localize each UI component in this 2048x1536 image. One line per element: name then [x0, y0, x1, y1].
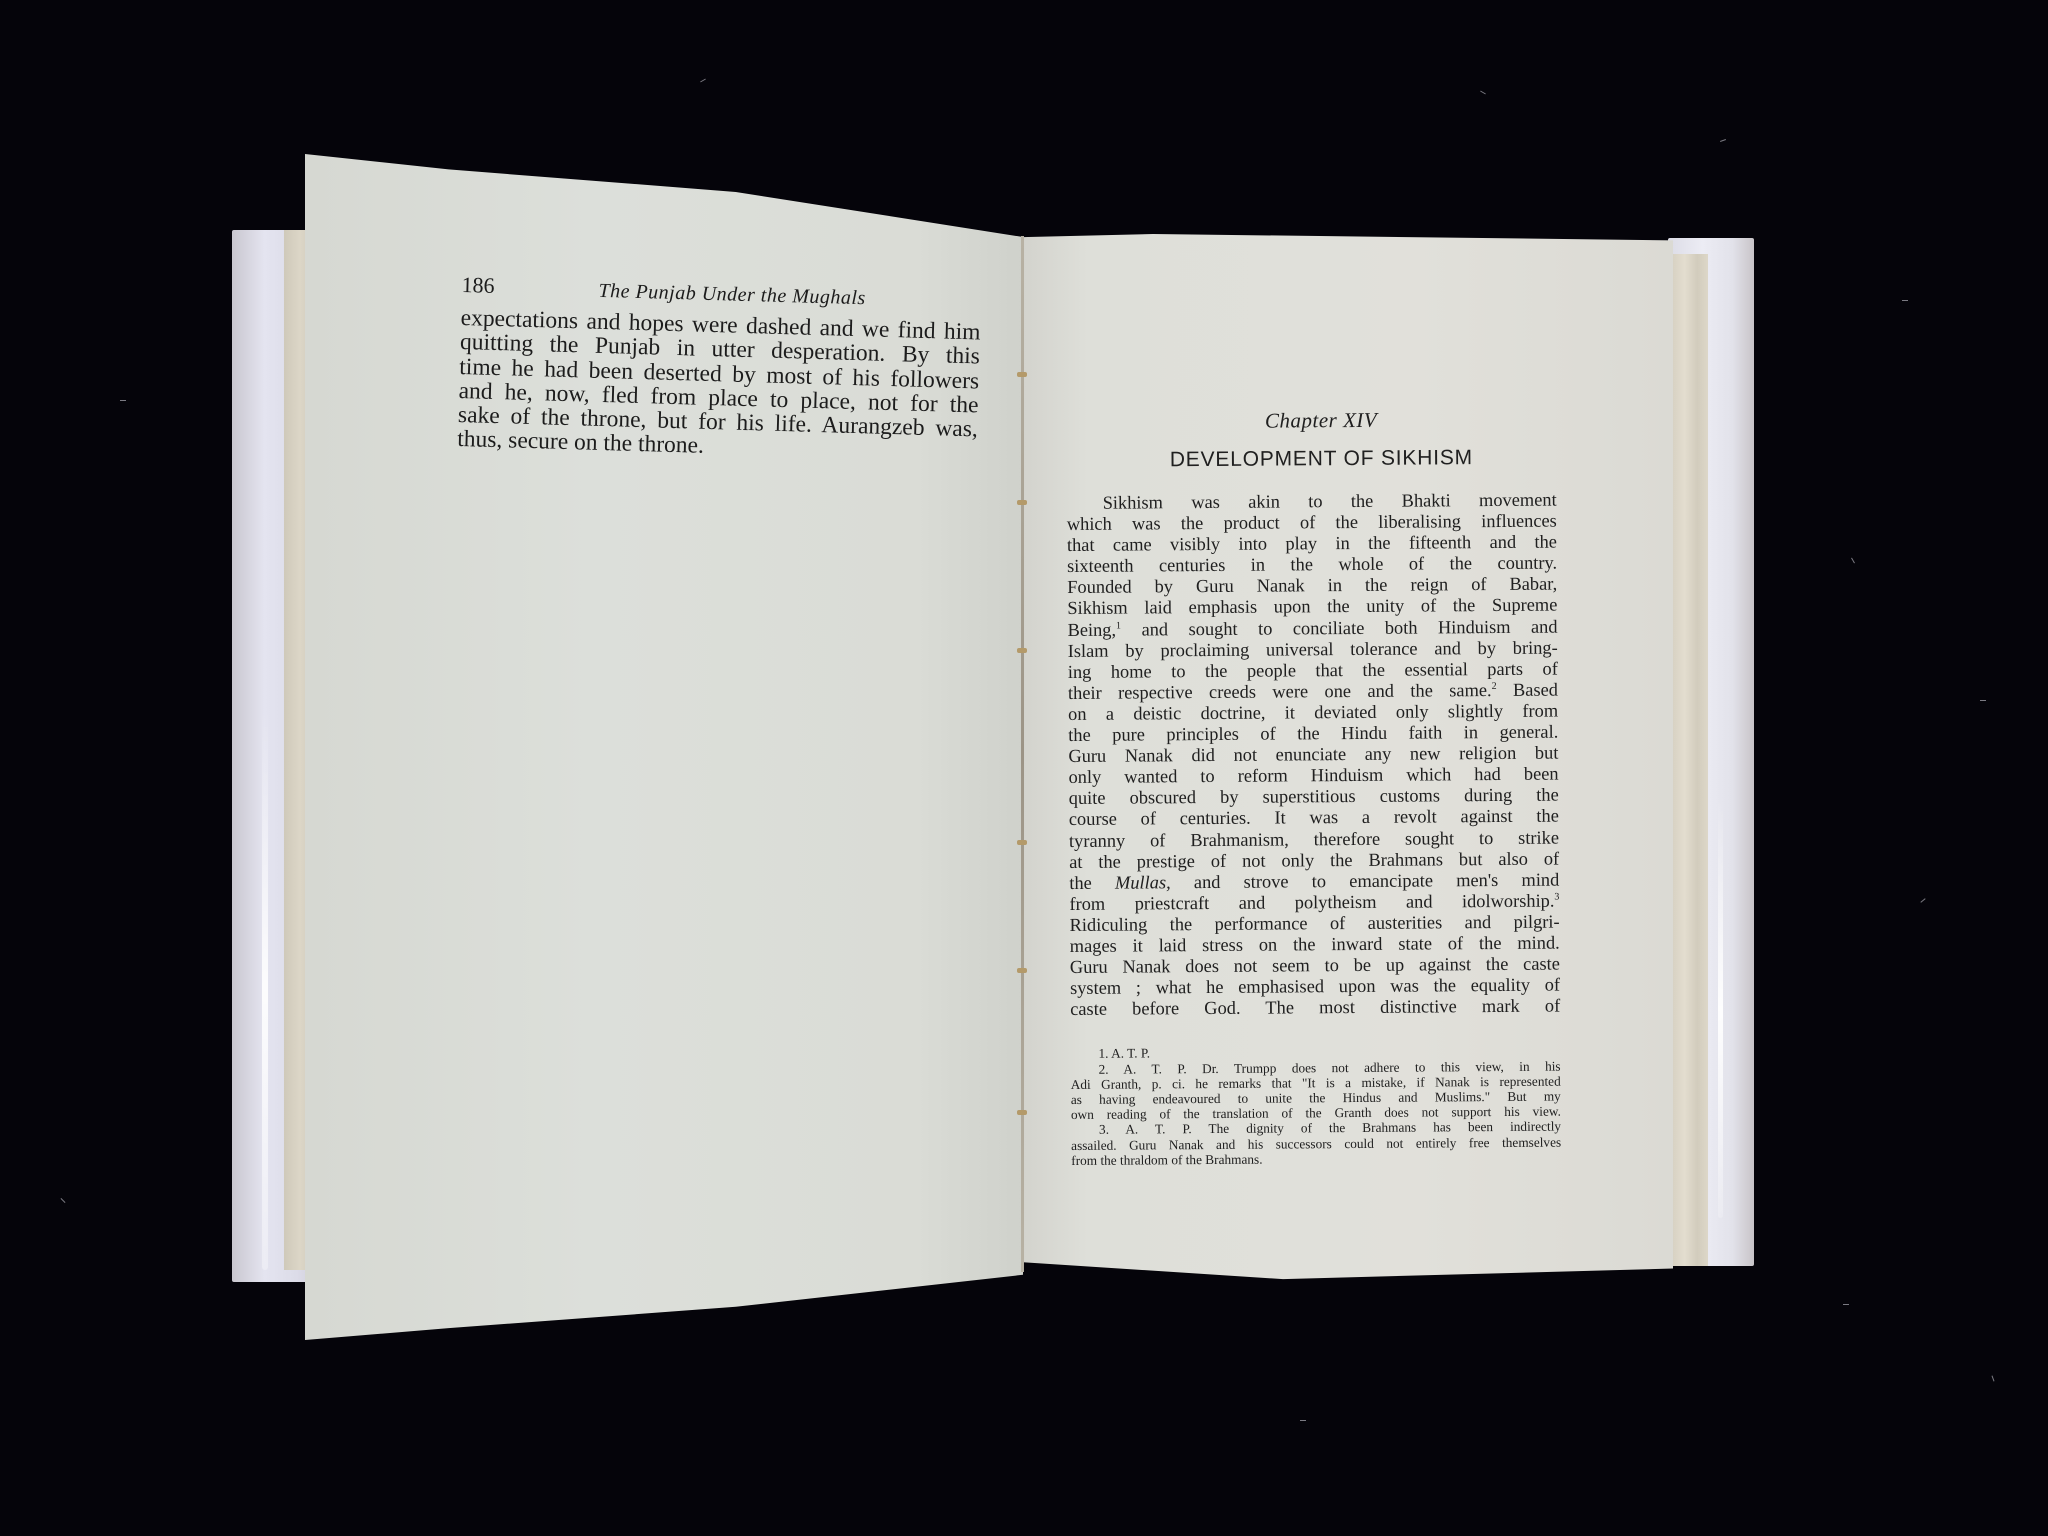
footnote-ref: 2	[1492, 681, 1497, 692]
italic-term: Mullas,	[1115, 872, 1171, 892]
text-line: Islam by proclaiming universal tolerance…	[1068, 637, 1558, 662]
text-line: Being,1 and sought to conciliate both Hi…	[1067, 616, 1557, 641]
left-page-content: 186 The Punjab Under the Mughals expecta…	[457, 272, 982, 466]
binding-stitch	[1017, 648, 1027, 653]
text-fragment: Based	[1513, 679, 1558, 699]
body-text: expectations and hopes were dashed and w…	[457, 306, 981, 466]
text-fragment: the	[1069, 873, 1092, 893]
binding-stitch	[1017, 500, 1027, 505]
book-gutter	[1021, 236, 1024, 1272]
body-text: Sikhism was akin to the Bhakti movement …	[1067, 490, 1561, 1021]
binding-stitch	[1017, 372, 1027, 377]
text-fragment: from priestcraft and polytheism and idol…	[1069, 890, 1554, 913]
text-fragment: Being,	[1067, 619, 1116, 639]
footnotes: 1. A. T. P. 2. A. T. P. Dr. Trumpp does …	[1070, 1043, 1561, 1168]
text-fragment: and strove to emancipate men's mind	[1194, 869, 1560, 892]
binding-stitch	[1017, 840, 1027, 845]
binding-stitch	[1017, 968, 1027, 973]
chapter-title: DEVELOPMENT OF SIKHISM	[1066, 446, 1556, 473]
footnote-ref: 1	[1116, 620, 1121, 631]
text-line: caste before God. The most distinctive m…	[1070, 996, 1560, 1021]
running-title: The Punjab Under the Mughals	[598, 280, 866, 310]
text-fragment: their respective creeds were one and the…	[1068, 680, 1492, 703]
page-number: 186	[461, 272, 495, 299]
text-line: tyranny of Brahmanism, therefore sought …	[1069, 827, 1559, 852]
right-page-content: Chapter XIV DEVELOPMENT OF SIKHISM Sikhi…	[1066, 407, 1561, 1168]
text-fragment: and sought to conciliate both Hinduism a…	[1141, 616, 1557, 639]
text-line: course of centuries. It was a revolt aga…	[1069, 806, 1559, 831]
binding-stitch	[1017, 1110, 1027, 1115]
chapter-label: Chapter XIV	[1066, 407, 1556, 435]
page-stack-right	[1672, 254, 1708, 1266]
footnote-ref: 3	[1554, 891, 1559, 902]
